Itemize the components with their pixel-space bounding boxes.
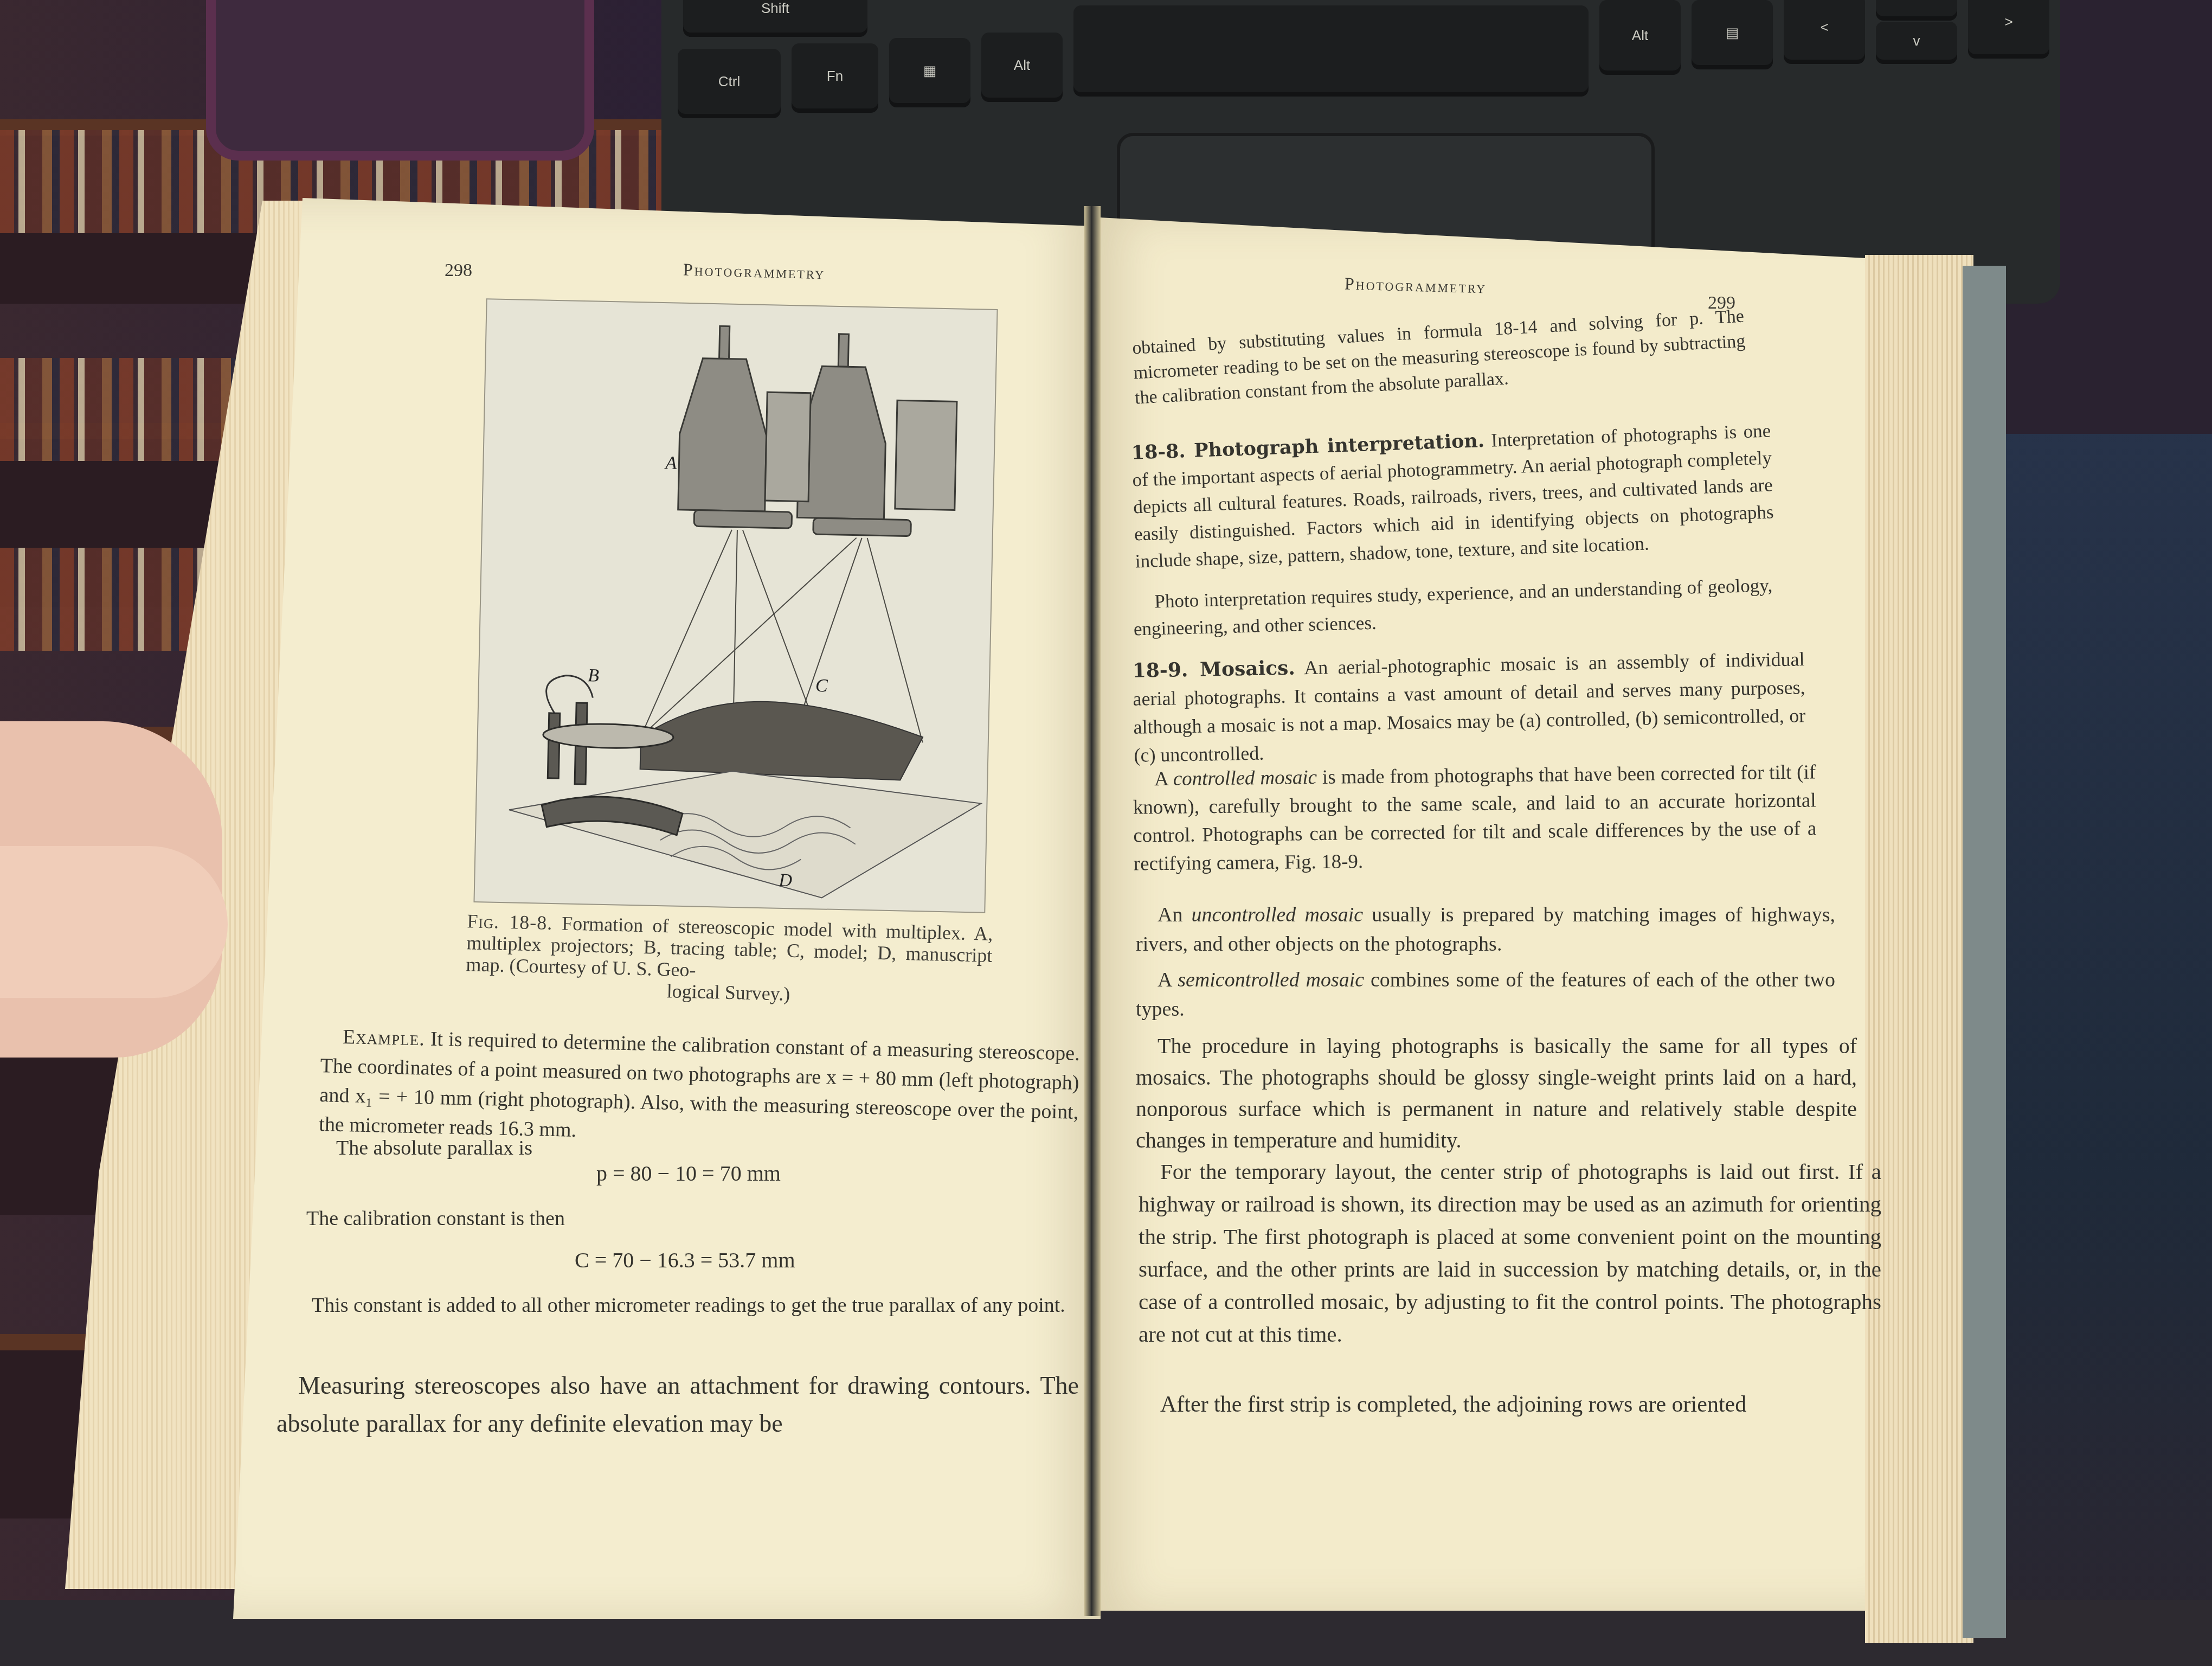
phone (206, 0, 594, 161)
section-heading-18-9: 18-9. Mosaics. (1132, 657, 1295, 682)
label-d: D (778, 870, 793, 891)
parallax-intro: The absolute parallax is (336, 1133, 770, 1163)
key-windows: ▦ (889, 38, 970, 103)
menu-icon: ▤ (1726, 24, 1739, 41)
key-fn: Fn (792, 43, 878, 108)
label-c: C (815, 676, 828, 696)
calibration-intro: The calibration constant is then (306, 1204, 740, 1233)
example-label: Example. (343, 1026, 426, 1050)
figure-number: Fig. 18-8. (467, 910, 553, 934)
running-head-left: Photogrammetry (683, 260, 826, 284)
uncontrolled-mosaic-paragraph: An uncontrolled mosaic usually is prepar… (1136, 900, 1835, 959)
example-conclusion: This constant is added to all other micr… (290, 1291, 1082, 1320)
temporary-layout-paragraph: For the temporary layout, the center str… (1139, 1155, 1881, 1350)
key-arrow-down: v (1876, 22, 1957, 60)
key-arrow-left: < (1784, 0, 1865, 60)
controlled-lead: A (1154, 768, 1173, 790)
equation-parallax: p = 80 − 10 = 70 mm (596, 1161, 781, 1186)
controlled-term: controlled mosaic (1173, 766, 1317, 790)
book-cover-edge (1963, 266, 2006, 1638)
section-18-8: 18-8. Photograph interpretation. Interpr… (1131, 417, 1775, 575)
uncontrolled-lead: An (1158, 904, 1192, 926)
controlled-mosaic-paragraph: A controlled mosaic is made from photogr… (1133, 758, 1817, 878)
semicontrolled-term: semicontrolled mosaic (1178, 969, 1364, 991)
thumb (0, 846, 228, 998)
after-first-strip-paragraph: After the first strip is completed, the … (1139, 1388, 1898, 1421)
key-arrow-right: > (1968, 0, 2049, 54)
windows-icon: ▦ (923, 62, 937, 79)
key-spacebar (1073, 5, 1589, 92)
key-alt-left: Alt (981, 33, 1063, 98)
background-artwork (1979, 434, 2212, 1666)
equation-calibration: C = 70 − 16.3 = 53.7 mm (575, 1247, 795, 1273)
book-gutter (1084, 206, 1101, 1616)
uncontrolled-term: uncontrolled mosaic (1192, 904, 1364, 926)
key-menu: ▤ (1692, 0, 1773, 65)
key-shift: Shift (683, 0, 867, 33)
book-page-edges-right (1865, 255, 1973, 1643)
key-alt-right: Alt (1599, 0, 1681, 71)
key-arrow-up: ^ (1876, 0, 1957, 16)
running-head-right: Photogrammetry (1345, 274, 1487, 298)
section-18-9: 18-9. Mosaics. An aerial-photographic mo… (1132, 645, 1806, 770)
page-number-left: 298 (445, 260, 472, 281)
semicontrolled-mosaic-paragraph: A semicontrolled mosaic combines some of… (1136, 965, 1835, 1024)
label-b: B (588, 665, 600, 685)
contour-paragraph: Measuring stereoscopes also have an atta… (276, 1367, 1079, 1443)
procedure-paragraph: The procedure in laying photographs is b… (1136, 1030, 1857, 1156)
multiplex-illustration: A C D B (474, 299, 996, 912)
figure-caption: Fig. 18-8. Formation of stereoscopic mod… (465, 910, 993, 1010)
figure-multiplex-diagram: A C D B (473, 298, 998, 913)
key-ctrl: Ctrl (678, 49, 781, 114)
label-a: A (664, 453, 677, 473)
semicontrolled-lead: A (1158, 969, 1178, 991)
example-text: It is required to determine the calibrat… (319, 1028, 1080, 1142)
